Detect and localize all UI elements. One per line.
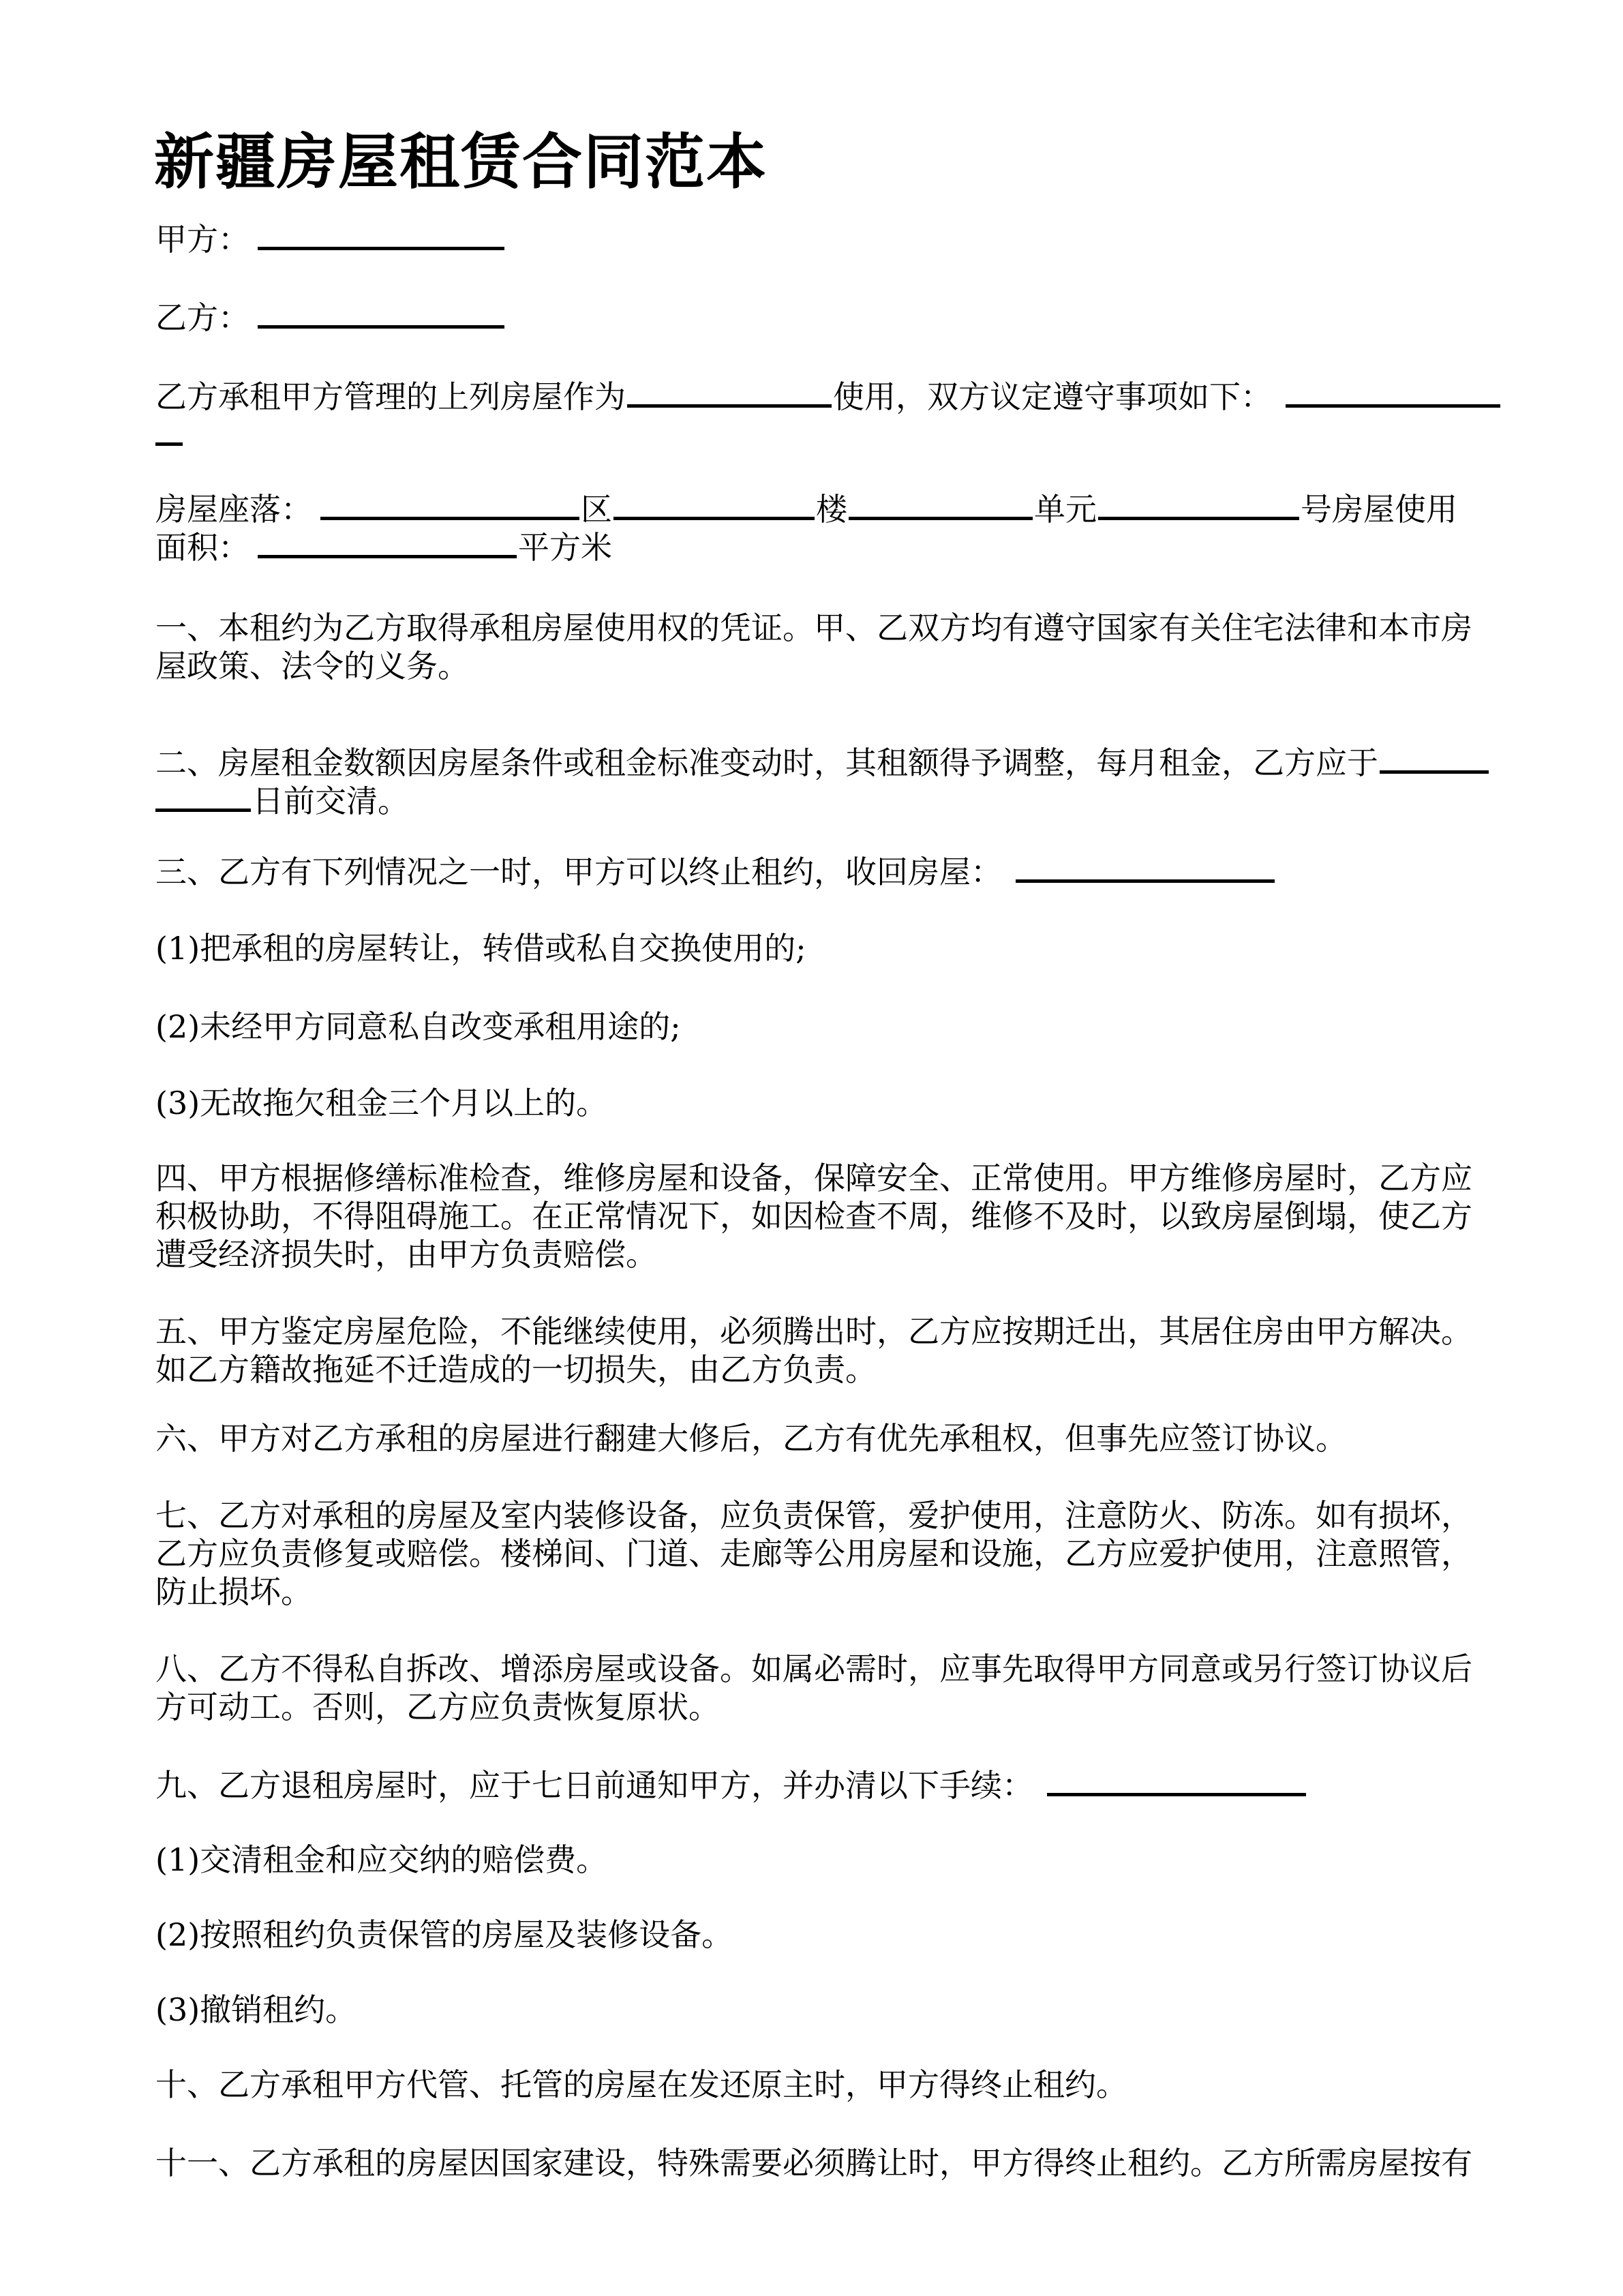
clause-9-item-3: (3)撤销租约。 — [155, 1991, 357, 2029]
district-label: 区 — [581, 491, 612, 528]
usage-blank[interactable] — [627, 377, 832, 408]
party-b-line: 乙方： — [155, 298, 506, 336]
clause-1-line-2: 屋政策、法令的义务。 — [155, 647, 469, 685]
clause-2-text-end: 日前交清。 — [252, 783, 409, 819]
clause-4-line-3: 遭受经济损失时，由甲方负责赔偿。 — [155, 1235, 657, 1273]
number-usage-label: 号房屋使用 — [1301, 491, 1457, 528]
party-a-line: 甲方： — [155, 220, 506, 258]
party-a-blank[interactable] — [258, 220, 504, 250]
party-a-label: 甲方： — [155, 221, 249, 258]
unit-label: 单元 — [1034, 491, 1097, 528]
clause-4-line-2: 积极协助，不得阻碍施工。在正常情况下，如因检查不周，维修不及时，以致房屋倒塌，使… — [155, 1197, 1472, 1235]
clause-1-line-1: 一、本租约为乙方取得承租房屋使用权的凭证。甲、乙双方均有遵守国家有关住宅法律和本… — [155, 609, 1472, 647]
location-label: 房屋座落： — [155, 491, 312, 528]
clause-8-line-1: 八、乙方不得私自拆改、增添房屋或设备。如属必需时，应事先取得甲方同意或另行签订协… — [155, 1650, 1472, 1688]
clause-9-text: 九、乙方退租房屋时，应于七日前通知甲方，并办清以下手续： — [155, 1767, 1033, 1804]
clause-8-line-2: 方可动工。否则，乙方应负责恢复原状。 — [155, 1688, 720, 1726]
matters-blank[interactable] — [1286, 377, 1500, 408]
rent-day-blank[interactable] — [1380, 743, 1489, 774]
rent-day-blank-continued[interactable] — [155, 781, 251, 812]
clause-2-line-1: 二、房屋租金数额因房屋条件或租金标准变动时，其租额得予调整，每月租金，乙方应于 — [155, 743, 1490, 781]
clause-3-item-3: (3)无故拖欠租金三个月以上的。 — [155, 1084, 607, 1122]
clause-5-line-1: 五、甲方鉴定房屋危险，不能继续使用，必须腾出时，乙方应按期迁出，其居住房由甲方解… — [155, 1312, 1472, 1350]
location-blank[interactable] — [320, 489, 579, 520]
clause-3: 三、乙方有下列情况之一时，甲方可以终止租约，收回房屋： — [155, 852, 1276, 890]
clause-2-line-2: 日前交清。 — [155, 781, 409, 819]
clause-4-line-1: 四、甲方根据修缮标准检查，维修房屋和设备，保障安全、正常使用。甲方维修房屋时，乙… — [155, 1159, 1472, 1197]
clause-7-line-2: 乙方应负责修复或赔偿。楼梯间、门道、走廊等公用房屋和设施，乙方应爱护使用，注意照… — [155, 1535, 1472, 1573]
clause-9-item-2: (2)按照租约负责保管的房屋及装修设备。 — [155, 1916, 733, 1954]
building-label: 楼 — [816, 491, 847, 528]
clause-3-blank[interactable] — [1016, 852, 1275, 883]
area-label: 面积： — [155, 529, 249, 566]
clause-2-text: 二、房屋租金数额因房屋条件或租金标准变动时，其租额得予调整，每月租金，乙方应于 — [155, 744, 1378, 781]
clause-11: 十一、乙方承租的房屋因国家建设，特殊需要必须腾让时，甲方得终止租约。乙方所需房屋… — [155, 2144, 1472, 2182]
party-b-blank[interactable] — [258, 298, 504, 329]
clause-9-blank[interactable] — [1047, 1766, 1306, 1796]
clause-3-item-2: (2)未经甲方同意私自改变承租用途的; — [155, 1008, 681, 1046]
clause-10: 十、乙方承租甲方代管、托管的房屋在发还原主时，甲方得终止租约。 — [155, 2066, 1127, 2104]
area-unit-label: 平方米 — [518, 529, 612, 566]
clause-5-line-2: 如乙方籍故拖延不迁造成的一切损失，由乙方负责。 — [155, 1350, 877, 1389]
clause-3-item-1: (1)把承租的房屋转让，转借或私自交换使用的; — [155, 929, 806, 967]
intro-text-2: 使用，双方议定遵守事项如下： — [833, 378, 1272, 415]
district-blank[interactable] — [613, 489, 815, 520]
clause-7-line-3: 防止损坏。 — [155, 1573, 312, 1611]
area-blank[interactable] — [258, 528, 517, 558]
intro-line-2 — [155, 415, 184, 453]
intro-line-1: 乙方承租甲方管理的上列房屋作为使用，双方议定遵守事项如下： — [155, 377, 1502, 415]
document-title: 新疆房屋租赁合同范本 — [154, 115, 768, 200]
clause-7-line-1: 七、乙方对承租的房屋及室内装修设备，应负责保管，爱护使用，注意防火、防冻。如有损… — [155, 1496, 1472, 1535]
clause-6: 六、甲方对乙方承租的房屋进行翻建大修后，乙方有优先承租权，但事先应签订协议。 — [155, 1419, 1347, 1457]
clause-3-text: 三、乙方有下列情况之一时，甲方可以终止租约，收回房屋： — [155, 854, 1002, 890]
unit-blank[interactable] — [1098, 489, 1299, 520]
intro-text-1: 乙方承租甲方管理的上列房屋作为 — [155, 378, 626, 415]
clause-9: 九、乙方退租房屋时，应于七日前通知甲方，并办清以下手续： — [155, 1766, 1307, 1804]
location-line-2: 面积：平方米 — [155, 528, 612, 566]
location-line-1: 房屋座落：区楼单元号房屋使用 — [155, 489, 1457, 528]
clause-9-item-1: (1)交清租金和应交纳的赔偿费。 — [155, 1841, 607, 1879]
party-b-label: 乙方： — [155, 299, 249, 336]
matters-blank-continued[interactable] — [155, 415, 183, 446]
building-blank[interactable] — [849, 489, 1033, 520]
